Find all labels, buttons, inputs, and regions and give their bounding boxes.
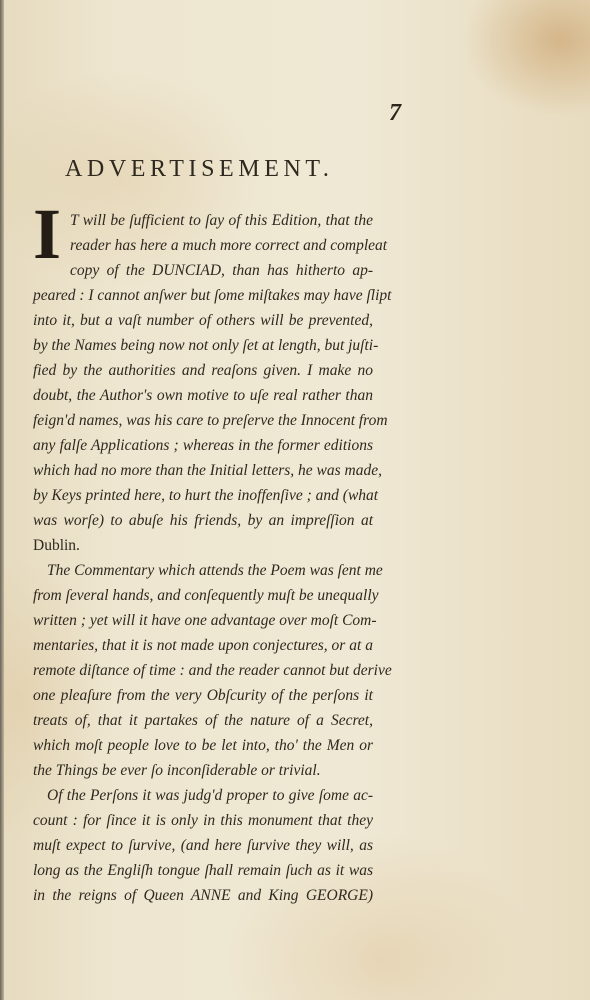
- text-line: in the reigns of Queen ANNE and King GEO…: [33, 886, 373, 906]
- text-line: by the Names being now not only ſet at l…: [33, 336, 373, 356]
- text-line: peared : I cannot anſwer but ſome miſtak…: [33, 286, 373, 306]
- text-line: Of the Perſons it was judg'd proper to g…: [33, 786, 373, 806]
- text-line: the Things be ever ſo inconſiderable or …: [33, 761, 373, 781]
- text-line: from ſeveral hands, and conſequently muſ…: [33, 586, 373, 606]
- text-line: which moſt people love to be let into, t…: [33, 736, 373, 756]
- text-line: muſt expect to ſurvive, (and here ſurviv…: [33, 836, 373, 856]
- text-line: by Keys printed here, to hurt the inoffe…: [33, 486, 373, 506]
- page-binding-edge: [0, 0, 4, 1000]
- text-line: feign'd names, was his care to preſerve …: [33, 411, 373, 431]
- text-line: copy of the DUNCIAD, than has hitherto a…: [70, 261, 373, 281]
- text-line: count : for ſince it is only in this mon…: [33, 811, 373, 831]
- text-line: fied by the authorities and reaſons give…: [33, 361, 373, 381]
- text-line: treats of, that it partakes of the natur…: [33, 711, 373, 731]
- text-line: mentaries, that it is not made upon conj…: [33, 636, 373, 656]
- text-line: any falſe Applications ; whereas in the …: [33, 436, 373, 456]
- text-line: one pleaſure from the very Obſcurity of …: [33, 686, 373, 706]
- text-line: The Commentary which attends the Poem wa…: [33, 561, 373, 581]
- page-title: ADVERTISEMENT.: [65, 156, 334, 183]
- text-line: Dublin.: [33, 536, 373, 556]
- text-line: reader has here a much more correct and …: [70, 236, 373, 256]
- text-line: which had no more than the Initial lette…: [33, 461, 373, 481]
- book-page: 7 ADVERTISEMENT. I T will be ſufficient …: [0, 0, 590, 1000]
- page-number: 7: [389, 100, 401, 127]
- text-line: remote diſtance of time : and the reader…: [33, 661, 373, 681]
- text-line: written ; yet will it have one advantage…: [33, 611, 373, 631]
- drop-cap: I: [33, 206, 63, 262]
- text-line: long as the Engliſh tongue ſhall remain …: [33, 861, 373, 881]
- text-line: into it, but a vaſt number of others wil…: [33, 311, 373, 331]
- text-line: doubt, the Author's own motive to uſe re…: [33, 386, 373, 406]
- text-line: was worſe) to abuſe his friends, by an i…: [33, 511, 373, 531]
- text-line: T will be ſufficient to ſay of this Edit…: [70, 211, 373, 231]
